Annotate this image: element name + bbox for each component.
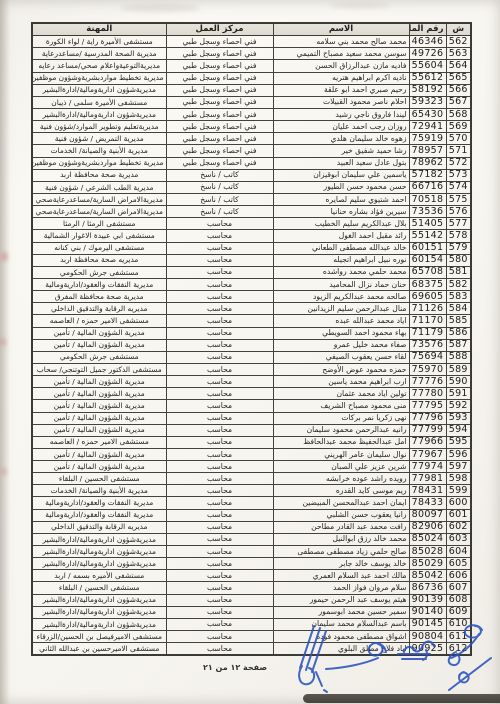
cell-file: 55604 [409, 60, 446, 72]
cell-name: مالك احمد عبد السلام العمري [273, 570, 409, 582]
cell-center: محاسب [166, 400, 273, 412]
cell-profession: مديرية الشؤون المالية / تأمين [32, 412, 166, 424]
cell-center: كاتب / ناسخ [166, 206, 273, 218]
cell-center: محاسب [166, 509, 273, 521]
table-row: 57673536سيرين فؤاد بشاره حنانياكاتب / نا… [32, 206, 471, 218]
cell-name: سلام مروان فواز الحمد [273, 582, 409, 594]
cell-seq: 581 [446, 266, 471, 278]
cell-name: منال عبدالرحمن سليم الزيدانين [273, 303, 409, 315]
cell-seq: 589 [446, 363, 471, 375]
cell-name: رائد مقبل احمد الغول [273, 230, 409, 242]
cell-name: نوال سليمان عامر الهريني [273, 448, 409, 460]
table-row: 60078433ايمان احمد عبدالمحسن المبيضينمحا… [32, 497, 471, 509]
header-name: الاسم [273, 23, 409, 36]
cell-file: 77776 [409, 376, 446, 388]
cell-seq: 583 [446, 291, 471, 303]
cell-name: محمد حلمي محمد رواشده [273, 266, 409, 278]
cell-name: خالد عبدالله مصطفى الطعاني [273, 242, 409, 254]
next-page-edge-bar [303, 694, 500, 703]
cell-name: لقاء حسن يعقوب الصيفي [273, 351, 409, 363]
table-row: 59077776ارب ابراهيم محمد ياسينمحاسبمديري… [32, 376, 471, 388]
cell-profession: مديريةشؤون اداريةومالية/ادارةالبشير [32, 546, 166, 558]
cell-file: 90140 [409, 606, 446, 618]
cell-seq: 609 [446, 606, 471, 618]
cell-profession: مستشفى الامير حمزه / العاصمه [32, 315, 166, 327]
cell-seq: 608 [446, 594, 471, 606]
cell-seq: 582 [446, 278, 471, 290]
cell-profession: مديرية الشؤون المالية / تأمين [32, 400, 166, 412]
cell-center: فني احصاء وسجل طبي [166, 36, 273, 48]
table-row: 59978431ريم موسى كايد القدرهمحاسبمديرية … [32, 485, 471, 497]
cell-profession: مديرية صحة محافظة اربد [32, 169, 166, 181]
cell-profession: مديرية الشؤون المالية / تأمين [32, 339, 166, 351]
table-row: 60585029خالد يوسف خالد جابرمحاسبمديريةشؤ… [32, 558, 471, 570]
cell-profession: مديرية الشؤون المالية / تأمين [32, 376, 166, 388]
cell-seq: 591 [446, 388, 471, 400]
cell-seq: 592 [446, 400, 471, 412]
table-row: 60385024محمد خالد رزق ابوالنيلمحاسبمديري… [32, 533, 471, 545]
cell-seq: 601 [446, 509, 471, 521]
table-row: 59377796نهى زكريا نمر بركاتمحاسبمديرية ا… [32, 412, 471, 424]
cell-name: محمد صالح محمد بني سلامه [273, 36, 409, 48]
cell-profession: مستشفى الأميرة سلمى / ذيبان [32, 96, 166, 108]
cell-seq: 602 [446, 521, 471, 533]
cell-file: 78431 [409, 485, 446, 497]
cell-center: محاسب [166, 339, 273, 351]
table-row: 58268375حنان حماد نزال المحاميدمحاسبمدير… [32, 278, 471, 290]
cell-file: 69605 [409, 291, 446, 303]
cell-profession: مديرية النفقات والعقود/اداريةومالية [32, 497, 166, 509]
table-row: 58060154نوره نبيل ابراهيم اتجيلهمحاسبمدي… [32, 254, 471, 266]
cell-file: 71179 [409, 327, 446, 339]
cell-seq: 597 [446, 461, 471, 473]
cell-name: سمير حسين محمد ابوسمور [273, 606, 409, 618]
cell-seq: 603 [446, 533, 471, 545]
cell-center: محاسب [166, 351, 273, 363]
cell-center: فني احصاء وسجل طبي [166, 84, 273, 96]
cell-center: كاتب / ناسخ [166, 181, 273, 193]
cell-profession: مديرية الطب الشرعي / شؤون فنية [32, 181, 166, 193]
cell-seq: 587 [446, 339, 471, 351]
cell-seq: 590 [446, 376, 471, 388]
cell-file: 57182 [409, 169, 446, 181]
cell-name: رافت محمد عبد القادر مطاحن [273, 521, 409, 533]
cell-seq: 596 [446, 448, 471, 460]
cell-name: زهوه خالد سليمان هلدي [273, 133, 409, 145]
cell-name: ليندا فاروق ناجي رشيد [273, 108, 409, 120]
cell-profession: مديريةشؤون اداريةومالية/ادارةالبشير [32, 618, 166, 630]
cell-profession: مديرية الأبنية والصيانة/ الخدمات [32, 145, 166, 157]
cell-center: محاسب [166, 266, 273, 278]
cell-file: 82906 [409, 521, 446, 533]
cell-center: فني احصاء وسجل طبي [166, 60, 273, 72]
cell-seq: 606 [446, 570, 471, 582]
cell-seq: 595 [446, 436, 471, 448]
cell-center: محاسب [166, 412, 273, 424]
cell-profession: مديرية الصحة المدرسية /مساعدرعاية [32, 48, 166, 60]
cell-file: 71126 [409, 303, 446, 315]
table-row: 59177780تولين اياد محمد عثمانمحاسبمديرية… [32, 388, 471, 400]
cell-profession: مديرية الأبنية والصيانة/ الخدمات [32, 485, 166, 497]
cell-seq: 586 [446, 327, 471, 339]
table-row: 59477799رانيه عبدالرحمن محمود سليمانمحاس… [32, 424, 471, 436]
cell-file: 77796 [409, 412, 446, 424]
cell-name: رحيم صبري احمد ابو علقة [273, 84, 409, 96]
cell-name: شرين عزيز علي الصبان [273, 461, 409, 473]
page-number-footer: صفحة ١٢ من ٢١ [203, 663, 267, 672]
cell-seq: 594 [446, 424, 471, 436]
cell-profession: مديرية تخطيط مواردبشريةوشؤون موظفين [32, 72, 166, 84]
cell-seq: 576 [446, 206, 471, 218]
cell-name: ارب ابراهيم محمد ياسين [273, 376, 409, 388]
cell-profession: مديريه صحة محافظة اربد [32, 254, 166, 266]
cell-file: 55142 [409, 230, 446, 242]
table-row: 58571170اياد محمد عبدالله عبدهمحاسبمستشف… [32, 315, 471, 327]
cell-center: محاسب [166, 291, 273, 303]
cell-seq: 569 [446, 121, 471, 133]
cell-center: محاسب [166, 497, 273, 509]
cell-name: نوره نبيل ابراهيم اتجيله [273, 254, 409, 266]
table-row: 56759323احلام ناصر محمود القبيلاتفني احص… [32, 96, 471, 108]
cell-name: بلال عبدالكريم سليم الخطيب [273, 218, 409, 230]
table-row: 59577966امل عبدالحفيظ محمد عبدالحافظمحاس… [32, 436, 471, 448]
table-row: 57960151خالد عبدالله مصطفى الطعانيمحاسبم… [32, 242, 471, 254]
cell-file: 68375 [409, 278, 446, 290]
table-row: 58671179بهاء محمود احمد السويطيمحاسبمدير… [32, 327, 471, 339]
cell-file: 77780 [409, 388, 446, 400]
cell-file: 58192 [409, 84, 446, 96]
table-row: 57466716حسن محمود حسن الطيوركاتب / ناسخم… [32, 181, 471, 193]
cell-profession: مديريةشؤون اداريةومالية/ادارةالبشير [32, 606, 166, 618]
cell-file: 71170 [409, 315, 446, 327]
cell-center: محاسب [166, 376, 273, 388]
table-row: 60890139هيثم يوسف عبد الرحمن حيمورمحاسبم… [32, 594, 471, 606]
cell-profession: مديرية التمريض / شؤون فنية [32, 133, 166, 145]
cell-name: رشا حميد شفيق خير [273, 145, 409, 157]
cell-file: 60151 [409, 242, 446, 254]
cell-name: حمزه محمود عوض الأوضح [273, 363, 409, 375]
cell-name: امل عبدالحفيظ محمد عبدالحافظ [273, 436, 409, 448]
table-row: 56865430ليندا فاروق ناجي رشيدفني احصاء و… [32, 108, 471, 120]
cell-center: محاسب [166, 303, 273, 315]
cell-name: صفاء محمد خليل عمرو [273, 339, 409, 351]
table-row: 56972941روزان رجب احمد عليانفني احصاء وس… [32, 121, 471, 133]
cell-name: رانيه عبدالرحمن محمود سليمان [273, 424, 409, 436]
cell-profession: مستشفى الدكتور جميل التوتنجي/ سحاب [32, 363, 166, 375]
cell-seq: 562 [446, 36, 471, 48]
cell-center: محاسب [166, 315, 273, 327]
table-row: 57278962بتول عادل سعيد العبيدفني احصاء و… [32, 157, 471, 169]
cell-file: 75919 [409, 133, 446, 145]
cell-file: 80097 [409, 509, 446, 521]
cell-center: محاسب [166, 631, 273, 643]
cell-profession: مديرية الشؤون المالية / تأمين [32, 327, 166, 339]
scan-smudge [120, 4, 200, 12]
cell-name: ياسمين علي سليمان ابوقيزان [273, 169, 409, 181]
cell-file: 73536 [409, 206, 446, 218]
cell-file: 78433 [409, 497, 446, 509]
cell-profession: مستشفى جرش الحكومي [32, 351, 166, 363]
table-row: 57075919زهوه خالد سليمان هلديفني احصاء و… [32, 133, 471, 145]
cell-profession: مديرية الشؤون المالية / تأمين [32, 388, 166, 400]
cell-profession: مستشفى الحسين / البلقاء [32, 582, 166, 594]
cell-file: 46346 [409, 36, 446, 48]
cell-file: 75970 [409, 363, 446, 375]
table-row: 57178957رشا حميد شفيق خيرفني احصاء وسجل … [32, 145, 471, 157]
cell-name: رانيا يعقوب حسن الشلبي [273, 509, 409, 521]
scanned-document-page: { "page": { "footer": "صفحة ١٢ من ٢١" },… [0, 0, 500, 704]
cell-name: خالد يوسف خالد جابر [273, 558, 409, 570]
table-row: 58773576صفاء محمد خليل عمرومحاسبمديرية ا… [32, 339, 471, 351]
cell-profession: مستشفى الامير حمزه / العاصمه [32, 436, 166, 448]
cell-file: 90139 [409, 594, 446, 606]
cell-center: فني احصاء وسجل طبي [166, 121, 273, 133]
cell-profession: مستشفى الاميرحسين بن عبدالله الثاني [32, 643, 166, 656]
cell-center: محاسب [166, 570, 273, 582]
cell-profession: مديرية الشؤون المالية / تأمين [32, 424, 166, 436]
cell-seq: 572 [446, 157, 471, 169]
cell-profession: مديريةشؤون اداريةومالية/ادارةالبشير [32, 108, 166, 120]
table-row: 56349726سوسن محمد سعيد مصباح التميميفني … [32, 48, 471, 60]
cell-center: كاتب / ناسخ [166, 169, 273, 181]
cell-center: محاسب [166, 254, 273, 266]
cell-center: محاسب [166, 594, 273, 606]
cell-file: 77795 [409, 400, 446, 412]
table-row: 59277795منى محمود مصباح الشريفمحاسبمديري… [32, 400, 471, 412]
cell-file: 77799 [409, 424, 446, 436]
cell-seq: 600 [446, 497, 471, 509]
cell-center: محاسب [166, 436, 273, 448]
cell-file: 77967 [409, 448, 446, 460]
cell-center: فني احصاء وسجل طبي [166, 108, 273, 120]
cell-profession: مديرية النفقات والعقود/اداريةومالية [32, 509, 166, 521]
cell-seq: 566 [446, 84, 471, 96]
cell-seq: 588 [446, 351, 471, 363]
cell-center: فني احصاء وسجل طبي [166, 96, 273, 108]
cell-center: محاسب [166, 533, 273, 545]
cell-profession: مديريةشؤون اداريةومالية/ادارةالبشير [32, 533, 166, 545]
signature-ink [286, 620, 500, 698]
table-row: 59777974شرين عزيز علي الصبانمحاسبمديرية … [32, 461, 471, 473]
cell-name: منى محمود مصباح الشريف [273, 400, 409, 412]
cell-center: فني احصاء وسجل طبي [166, 157, 273, 169]
cell-file: 78957 [409, 145, 446, 157]
table-row: 57751405بلال عبدالكريم سليم الخطيبمحاسبم… [32, 218, 471, 230]
table-row: 59877981رويده راشد عوده خرابشهمحاسبمستشف… [32, 473, 471, 485]
cell-center: محاسب [166, 461, 273, 473]
cell-center: محاسب [166, 618, 273, 630]
cell-file: 85028 [409, 546, 446, 558]
cell-file: 85029 [409, 558, 446, 570]
table-row: 60485028صالح حلمي زياد مصطفى مصطفىمحاسبم… [32, 546, 471, 558]
cell-profession: مديرية الشؤون المالية / تأمين [32, 448, 166, 460]
cell-name: روزان رجب احمد عليان [273, 121, 409, 133]
cell-file: 77974 [409, 461, 446, 473]
cell-profession: مستشفى اليرموك / بني كنانه [32, 242, 166, 254]
employee-table: ش رقم الملف الاسم مركز العمل المهنة 5624… [31, 22, 472, 656]
table-row: 60282906رافت محمد عبد القادر مطاحنمحاسبم… [32, 521, 471, 533]
cell-seq: 580 [446, 254, 471, 266]
cell-center: محاسب [166, 363, 273, 375]
cell-center: محاسب [166, 485, 273, 497]
cell-file: 66716 [409, 181, 446, 193]
cell-seq: 567 [446, 96, 471, 108]
cell-name: محمد خالد رزق ابوالنيل [273, 533, 409, 545]
cell-file: 86736 [409, 582, 446, 594]
table-row: 56658192رحيم صبري احمد ابو علقةفني احصاء… [32, 84, 471, 96]
table-header-row: ش رقم الملف الاسم مركز العمل المهنة [32, 23, 471, 36]
cell-name: صالح حلمي زياد مصطفى مصطفى [273, 546, 409, 558]
cell-file: 75694 [409, 351, 446, 363]
cell-profession: مديريةالتوعيةواعلام صحي/مساعد رعايه [32, 60, 166, 72]
cell-file: 72941 [409, 121, 446, 133]
cell-seq: 605 [446, 558, 471, 570]
cell-profession: مديريةالامراض السارية/مساعدرعايةصحي [32, 193, 166, 205]
cell-profession: مديرية تخطيط مواردبشريةوشؤون موظفين [32, 157, 166, 169]
table-row: 58369605صالحه محمد عبدالكريم الزيودمحاسب… [32, 291, 471, 303]
cell-name: تولين اياد محمد عثمان [273, 388, 409, 400]
table-row: 60786736سلام مروان فواز الحمدمحاسبمستشفى… [32, 582, 471, 594]
cell-center: محاسب [166, 218, 273, 230]
cell-profession: مستشفى جرش الحكومي [32, 266, 166, 278]
cell-center: فني احصاء وسجل طبي [166, 72, 273, 84]
cell-seq: 604 [446, 546, 471, 558]
scan-smudge [330, 2, 390, 9]
table-row: 60685042مالك احمد عبد السلام العمريمحاسب… [32, 570, 471, 582]
cell-file: 60154 [409, 254, 446, 266]
table-row: 56555612ناديه اكرم ابراهيم هتريهفني احصا… [32, 72, 471, 84]
cell-seq: 584 [446, 303, 471, 315]
cell-center: محاسب [166, 388, 273, 400]
cell-seq: 593 [446, 412, 471, 424]
table-row: 58975970حمزه محمود عوض الأوضحمحاسبمستشفى… [32, 363, 471, 375]
cell-center: محاسب [166, 606, 273, 618]
table-row: 60180097رانيا يعقوب حسن الشلبيمحاسبمديري… [32, 509, 471, 521]
scan-smudge [1, 468, 7, 475]
cell-center: محاسب [166, 327, 273, 339]
cell-file: 70518 [409, 193, 446, 205]
cell-seq: 570 [446, 133, 471, 145]
cell-name: سيرين فؤاد بشاره حنانيا [273, 206, 409, 218]
cell-profession: مستشفى الرمثا / الرمثا [32, 218, 166, 230]
cell-center: فني احصاء وسجل طبي [166, 133, 273, 145]
cell-seq: 563 [446, 48, 471, 60]
cell-seq: 568 [446, 108, 471, 120]
cell-profession: مديريةشؤون اداريةومالية/ادارةالبشير [32, 594, 166, 606]
cell-file: 73576 [409, 339, 446, 351]
table-row: 58165708محمد حلمي محمد رواشدهمحاسبمستشفى… [32, 266, 471, 278]
table-row: 57570518احمد شتيوي سليم لصايرهكاتب / ناس… [32, 193, 471, 205]
cell-file: 85024 [409, 533, 446, 545]
scan-smudge [0, 338, 6, 346]
cell-center: محاسب [166, 242, 273, 254]
cell-profession: مديريةتعليم وتطوير الموارد/شؤون فنية [32, 121, 166, 133]
cell-profession: مستشفى الاميرفيصل بن الحسين/الزرقاء [32, 631, 166, 643]
table-row: 57357182ياسمين علي سليمان ابوقيزانكاتب /… [32, 169, 471, 181]
table-row: 56455604فاديه مازن عبدالرزاق الحسنفني اح… [32, 60, 471, 72]
cell-profession: مديريه الرقابة والتدقيق الداخلي [32, 303, 166, 315]
cell-name: هيثم يوسف عبد الرحمن حيمور [273, 594, 409, 606]
cell-center: محاسب [166, 582, 273, 594]
cell-name: صالحه محمد عبدالكريم الزيود [273, 291, 409, 303]
header-work-center: مركز العمل [166, 23, 273, 36]
table-row: 57855142رائد مقبل احمد الغولمحاسبمستشفى … [32, 230, 471, 242]
cell-profession: مديريةشؤون اداريةومالية/ادارةالبشير [32, 84, 166, 96]
cell-name: اياد محمد عبدالله عبده [273, 315, 409, 327]
table-row: 59677967نوال سليمان عامر الهرينيمحاسبمدي… [32, 448, 471, 460]
cell-file: 85042 [409, 570, 446, 582]
cell-center: فني احصاء وسجل طبي [166, 48, 273, 60]
cell-center: محاسب [166, 558, 273, 570]
cell-center: محاسب [166, 643, 273, 656]
cell-profession: مديرية صحة محافظة المفرق [32, 291, 166, 303]
cell-seq: 598 [446, 473, 471, 485]
cell-seq: 573 [446, 169, 471, 181]
cell-seq: 579 [446, 242, 471, 254]
cell-profession: مديريه الرقابة والتدقيق الداخلي [32, 521, 166, 533]
cell-name: نهى زكريا نمر بركات [273, 412, 409, 424]
cell-seq: 575 [446, 193, 471, 205]
cell-center: محاسب [166, 230, 273, 242]
header-profession: المهنة [32, 23, 166, 36]
table-row: 56246346محمد صالح محمد بني سلامهفني احصا… [32, 36, 471, 48]
header-seq: ش [446, 23, 471, 36]
cell-name: ايمان احمد عبدالمحسن المبيضين [273, 497, 409, 509]
cell-name: بهاء محمود احمد السويطي [273, 327, 409, 339]
cell-seq: 585 [446, 315, 471, 327]
cell-profession: مستشفى ابي عبيدة الاغوار الشمالية [32, 230, 166, 242]
table-row: 58875694لقاء حسن يعقوب الصيفيمحاسبمستشفى… [32, 351, 471, 363]
cell-name: ناديه اكرم ابراهيم هتريه [273, 72, 409, 84]
cell-file: 77981 [409, 473, 446, 485]
cell-center: محاسب [166, 546, 273, 558]
cell-profession: مديريةالامراض السارية/مساعدرعايةصحي [32, 206, 166, 218]
scan-smudge [1, 252, 8, 261]
cell-file: 77966 [409, 436, 446, 448]
cell-center: محاسب [166, 278, 273, 290]
cell-center: فني احصاء وسجل طبي [166, 145, 273, 157]
cell-center: محاسب [166, 448, 273, 460]
cell-profession: مديرية الشؤون المالية / تأمين [32, 461, 166, 473]
cell-name: بتول عادل سعيد العبيد [273, 157, 409, 169]
cell-file: 51405 [409, 218, 446, 230]
cell-seq: 571 [446, 145, 471, 157]
cell-seq: 565 [446, 72, 471, 84]
scan-edge-shadow [0, 0, 10, 704]
cell-name: رويده راشد عوده خرابشه [273, 473, 409, 485]
cell-name: ريم موسى كايد القدره [273, 485, 409, 497]
table-body: 56246346محمد صالح محمد بني سلامهفني احصا… [32, 36, 471, 656]
cell-profession: مستشفى الأميرة راية / لواء الكورة [32, 36, 166, 48]
cell-name: سوسن محمد سعيد مصباح التميمي [273, 48, 409, 60]
cell-profession: مستشفى الحسين / البلقاء [32, 473, 166, 485]
cell-center: محاسب [166, 521, 273, 533]
cell-file: 65430 [409, 108, 446, 120]
cell-file: 65708 [409, 266, 446, 278]
table-row: 60990140سمير حسين محمد ابوسمورمحاسبمديري… [32, 606, 471, 618]
cell-file: 49726 [409, 48, 446, 60]
table-row: 58471126منال عبدالرحمن سليم الزيدانينمحا… [32, 303, 471, 315]
header-file-number: رقم الملف [409, 23, 446, 36]
cell-center: محاسب [166, 424, 273, 436]
cell-name: احلام ناصر محمود القبيلات [273, 96, 409, 108]
cell-seq: 564 [446, 60, 471, 72]
cell-name: فاديه مازن عبدالرزاق الحسن [273, 60, 409, 72]
cell-seq: 599 [446, 485, 471, 497]
cell-center: محاسب [166, 473, 273, 485]
cell-name: احمد شتيوي سليم لصايره [273, 193, 409, 205]
cell-name: حنان حماد نزال المحاميد [273, 278, 409, 290]
